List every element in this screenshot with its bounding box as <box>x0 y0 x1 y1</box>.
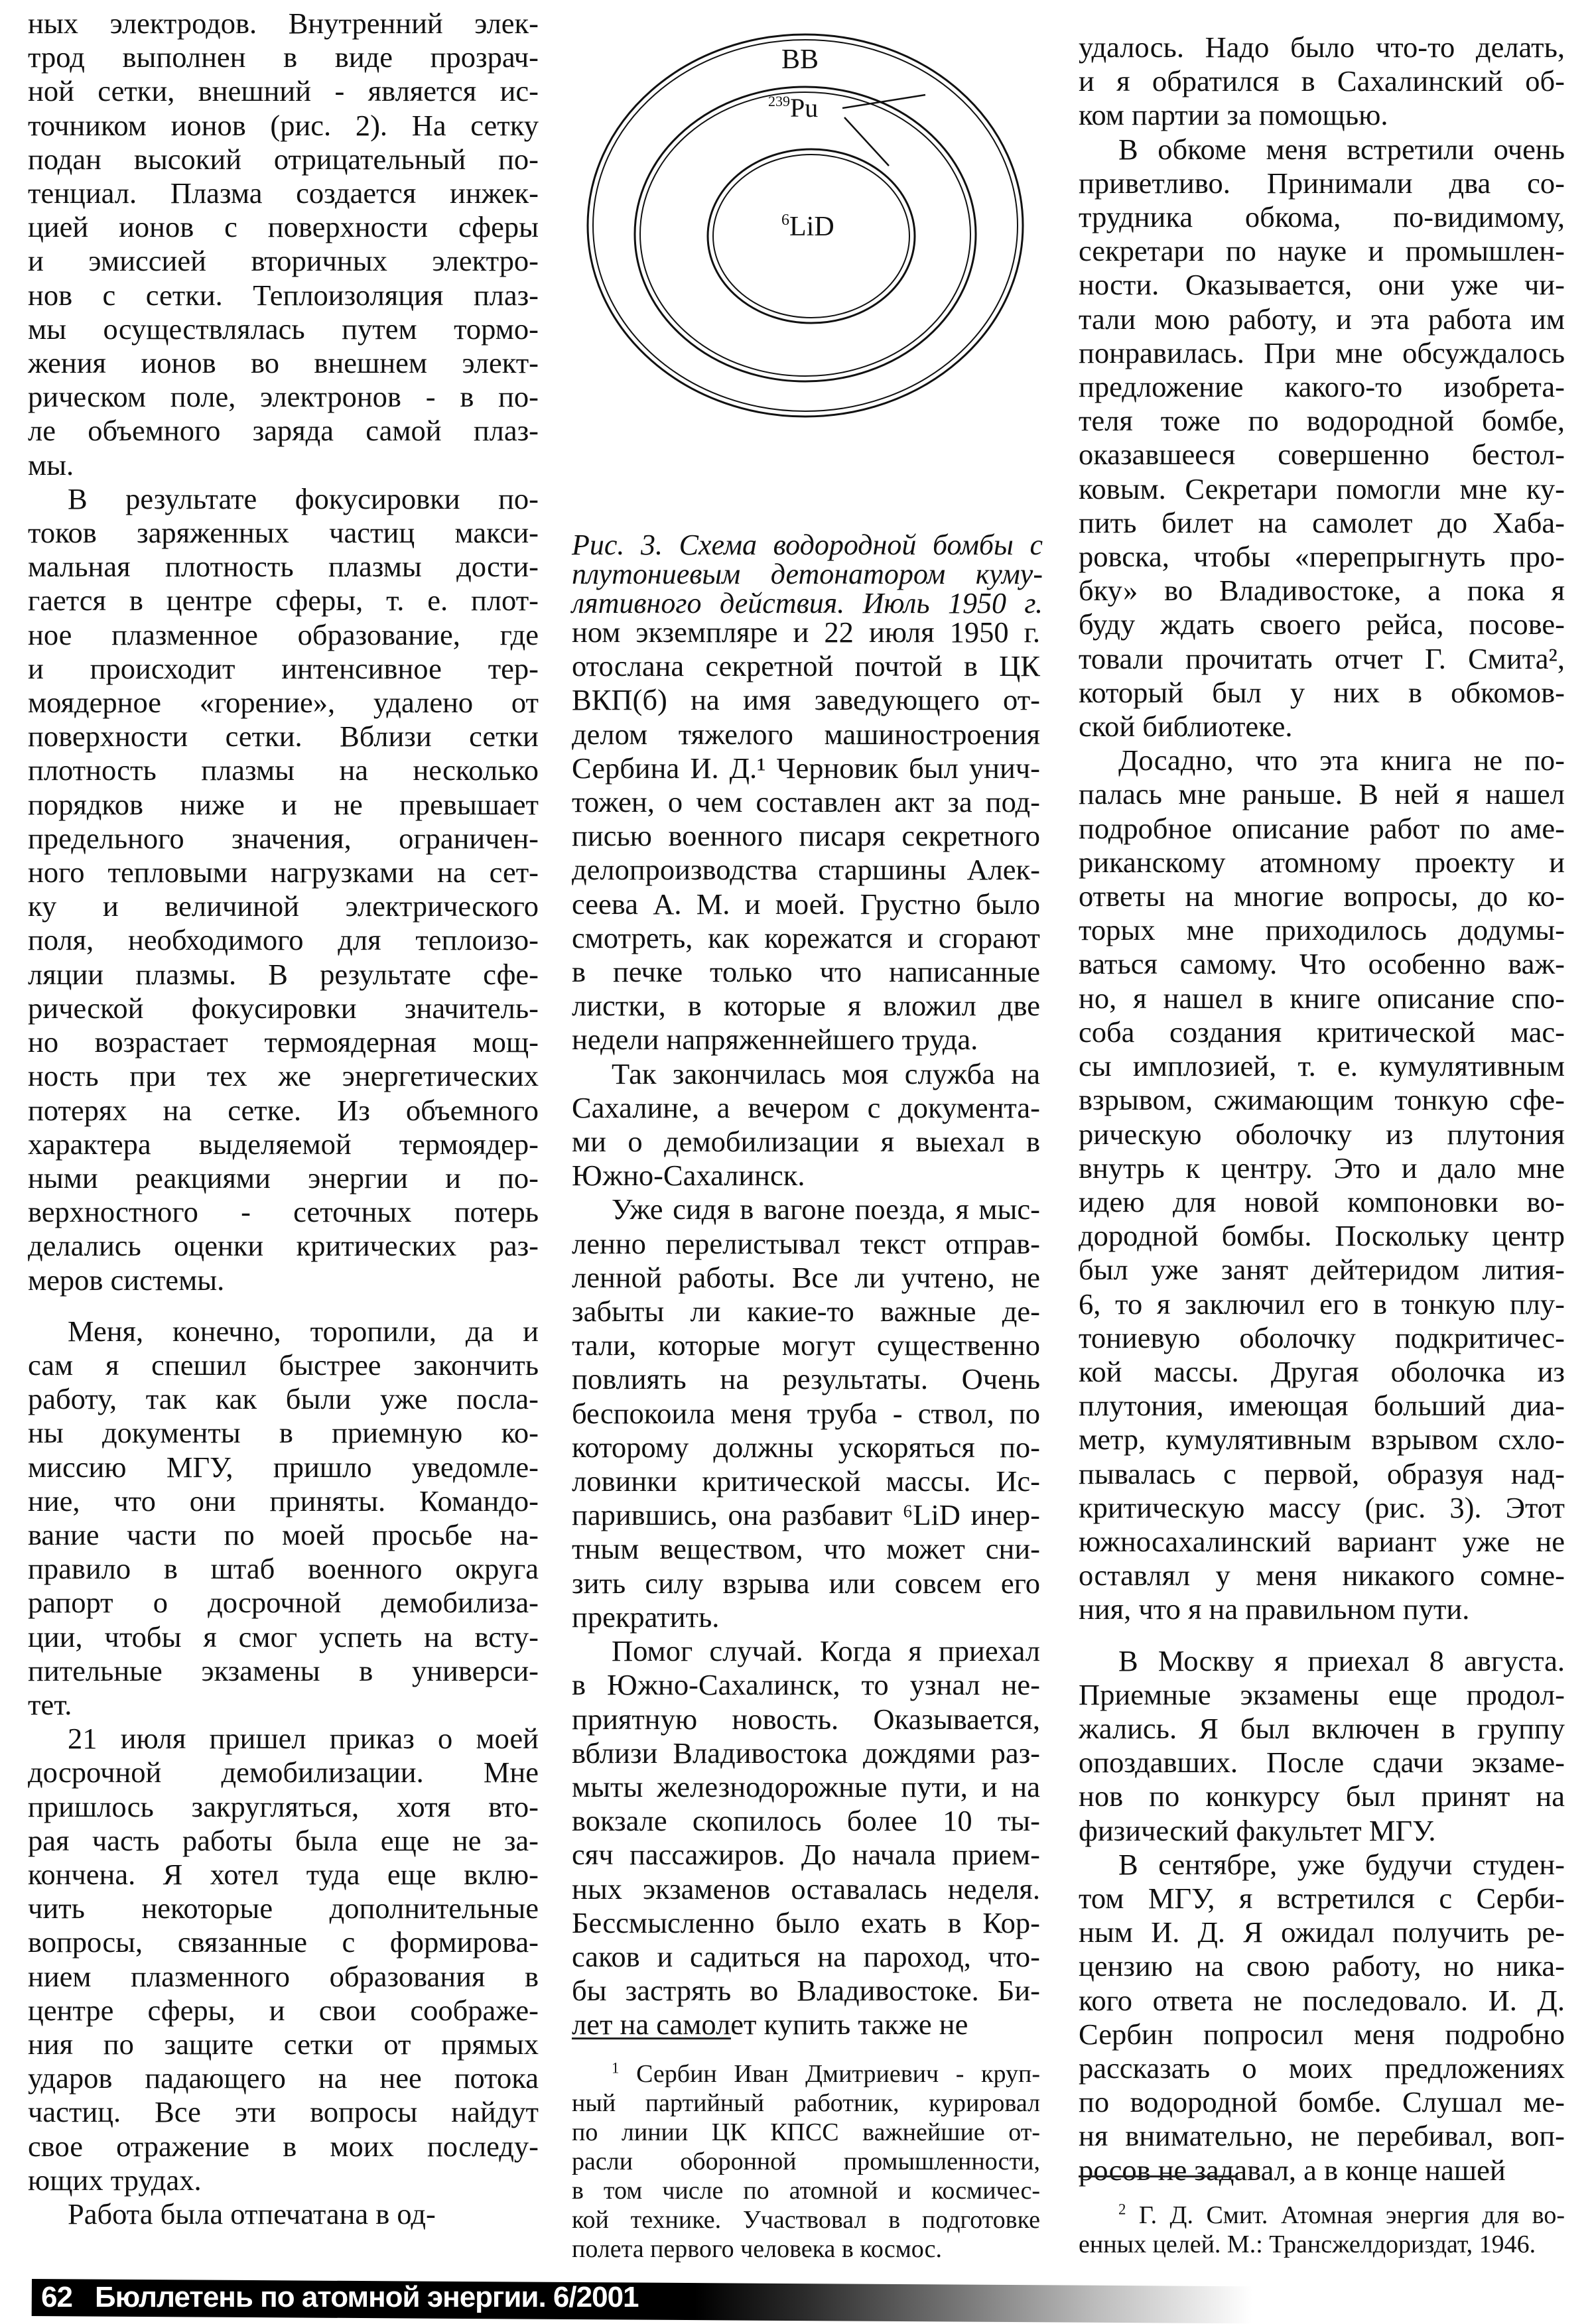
text-line: ции, чтобы я смог успеть на всту- <box>28 1620 539 1654</box>
text-line: приветливо. Принимали два со- <box>1079 166 1565 200</box>
caption-line: плутониевым детонатором куму- <box>572 560 1043 589</box>
text-line: риканскому атомному проекту и <box>1079 846 1565 879</box>
text-line: парившись, она разбавит ⁶LiD инер- <box>572 1498 1040 1532</box>
text-line: Сербин попросил меня подробно <box>1079 2018 1565 2051</box>
text-line: Бессмысленно было ехать в Кор- <box>572 1906 1040 1940</box>
text-line: метр, кумулятивным взрывом схло- <box>1079 1423 1565 1456</box>
text-line: ми о демобилизации я выехал в <box>572 1125 1040 1159</box>
text-line: сеева А. М. и моей. Грустно было <box>572 887 1040 921</box>
text-line: ных экзаменов оставалась неделя. <box>572 1872 1040 1906</box>
text-line: забыты ли какие-то важные де- <box>572 1295 1040 1328</box>
text-line: правило в штаб военного округа <box>28 1552 539 1586</box>
text-line: Сербина И. Д.¹ Черновик был унич- <box>572 751 1040 785</box>
text-line: и я обратился в Сахалинский об- <box>1079 64 1565 98</box>
figure-caption: Рис. 3. Схема водородной бомбы с плутони… <box>572 531 1043 618</box>
footnote-line: 1 Сербин Иван Дмитриевич - круп- <box>572 2059 1040 2089</box>
text-line: ной сетки, внешний - является ис- <box>28 74 539 108</box>
paragraph: ных электродов. Внутренний элек-трод вып… <box>28 7 539 482</box>
paragraph: В обкоме меня встретили оченьприветливо.… <box>1079 133 1565 744</box>
text-line: пывалась с первой, образуя над- <box>1079 1457 1565 1491</box>
text-line: ющих трудах. <box>28 2163 539 2197</box>
text-line: В Москву я приехал 8 августа. <box>1079 1644 1565 1678</box>
text-line: физический факультет МГУ. <box>1079 1814 1565 1848</box>
text-line: 21 июля пришел приказ о моей <box>28 1722 539 1756</box>
text-line: центре сферы, и свои соображе- <box>28 1994 539 2028</box>
text-line: потерях на сетке. Из объемного <box>28 1094 539 1128</box>
text-line: Приемные экзамены еще продол- <box>1079 1678 1565 1712</box>
text-line: который был у них в обкомов- <box>1079 676 1565 710</box>
text-line: соба создания критической мас- <box>1079 1015 1565 1049</box>
paragraph: удалось. Надо было что-то делать,и я обр… <box>1079 31 1565 133</box>
text-line: рическом поле, электронов - в по- <box>28 380 539 414</box>
text-line: зить силу взрыва или совсем его <box>572 1567 1040 1600</box>
paragraph: ном экземпляре и 22 июля 1950 г.отослана… <box>572 615 1040 1057</box>
footnote-1: 1 Сербин Иван Дмитриевич - круп-ный парт… <box>572 2059 1040 2264</box>
text-line: токов заряженных частиц макси- <box>28 516 539 550</box>
text-line: буду ждать своего рейса, посове- <box>1079 608 1565 641</box>
text-line: поля, необходимого для теплоизо- <box>28 923 539 957</box>
caption-line: Рис. 3. Схема водородной бомбы с <box>572 531 1043 560</box>
text-line: и эмиссией вторичных электро- <box>28 244 539 278</box>
text-line: критическую массу (рис. 3). Этот <box>1079 1491 1565 1525</box>
footnote-line: 2 Г. Д. Смит. Атомная энергия для во- <box>1079 2201 1565 2230</box>
text-column-middle: ном экземпляре и 22 июля 1950 г.отослана… <box>572 615 1040 2042</box>
text-line: В обкоме меня встретили очень <box>1079 133 1565 166</box>
text-line: идею для новой компоновки во- <box>1079 1185 1565 1219</box>
text-line: цией ионов с поверхности сферы <box>28 210 539 244</box>
text-line: делопроизводства старшины Алек- <box>572 853 1040 887</box>
text-line: трод выполнен в виде прозрач- <box>28 40 539 74</box>
text-line: ня внимательно, не перебивал, воп- <box>1079 2119 1565 2153</box>
text-line: беспокоила меня труба - ствол, по <box>572 1397 1040 1431</box>
text-line: рая часть работы была еще не за- <box>28 1824 539 1858</box>
paragraph: Уже сидя в вагоне поезда, я мыс-ленно пе… <box>572 1193 1040 1634</box>
text-line: ны документы в приемную ко- <box>28 1416 539 1450</box>
text-line: подробное описание работ по аме- <box>1079 812 1565 846</box>
text-line: ваться самому. Что особенно важ- <box>1079 947 1565 981</box>
label-pu239: 239Pu <box>768 93 818 123</box>
text-line: рассказать о моих предложениях <box>1079 2051 1565 2085</box>
paragraph: В Москву я приехал 8 августа.Приемные эк… <box>1079 1644 1565 1848</box>
footnote-text: Г. Д. Смит. Атомная энергия для во- <box>1139 2201 1565 2229</box>
text-line: Сахалине, а вечером с документа- <box>572 1091 1040 1125</box>
text-line: пительные экзамены в универси- <box>28 1654 539 1688</box>
text-line: трудника обкома, по-видимому, <box>1079 200 1565 234</box>
text-line: внутрь к центру. Это и дало мне <box>1079 1151 1565 1185</box>
text-line: ных электродов. Внутренний элек- <box>28 7 539 40</box>
text-line: пить билет на самолет до Хаба- <box>1079 506 1565 540</box>
caption-line: лятивного действия. Июль 1950 г. <box>572 589 1043 618</box>
text-line: рической фокусировки значитель- <box>28 992 539 1025</box>
footnote-line: по линии ЦК КПСС важнейшие от- <box>572 2118 1040 2147</box>
text-line: был уже занят дейтеридом лития- <box>1079 1253 1565 1287</box>
text-line: которому должны ускоряться по- <box>572 1431 1040 1464</box>
paragraph: Помог случай. Когда я приехалв Южно-Саха… <box>572 1634 1040 2041</box>
footnote-divider <box>1079 2175 1238 2177</box>
paragraph: Досадно, что эта книга не по-палась мне … <box>1079 743 1565 1626</box>
text-line: ном экземпляре и 22 июля 1950 г. <box>572 615 1040 649</box>
paragraph: Работа была отпечатана в од- <box>28 2197 539 2231</box>
text-line: ное плазменное образование, где <box>28 618 539 652</box>
text-line: подан высокий отрицательный по- <box>28 143 539 176</box>
text-line: тониевую оболочку подкритичес- <box>1079 1321 1565 1355</box>
text-line: торых мне приходилось додумы- <box>1079 913 1565 947</box>
footnote-text: Сербин Иван Дмитриевич - круп- <box>636 2060 1040 2088</box>
paragraph: Так закончилась моя служба наСахалине, а… <box>572 1057 1040 1193</box>
text-line: ного тепловыми нагрузками на сет- <box>28 856 539 889</box>
text-line: вблизи Владивостока дождями раз- <box>572 1736 1040 1770</box>
page-number: 62 <box>41 2281 72 2313</box>
text-line: ской библиотеке. <box>1079 710 1565 743</box>
text-line: палась мне раньше. В ней я нашел <box>1079 777 1565 811</box>
paragraph: В сентябре, уже будучи студен-том МГУ, я… <box>1079 1848 1565 2187</box>
paragraph: Меня, конечно, торопили, да исам я спеши… <box>28 1315 539 1722</box>
text-line: удалось. Надо было что-то делать, <box>1079 31 1565 64</box>
text-line: ности. Оказывается, они уже чи- <box>1079 268 1565 302</box>
text-line: листки, в которые я вложил две <box>572 989 1040 1023</box>
paragraph: В результате фокусировки по-токов заряже… <box>28 482 539 1297</box>
text-line: предложение какого-то изобрета- <box>1079 370 1565 404</box>
text-line: ле объемного заряда самой плаз- <box>28 414 539 448</box>
text-line: ловинки критической массы. Ис- <box>572 1464 1040 1498</box>
text-line: тожен, о чем составлен акт за под- <box>572 785 1040 819</box>
text-line: оказавшееся совершенно бестол- <box>1079 438 1565 472</box>
footnote-line: кой технике. Участвовал в подготовке <box>572 2205 1040 2234</box>
text-line: взрывом, сжимающим тонкую сфе- <box>1079 1083 1565 1117</box>
text-line: Уже сидя в вагоне поезда, я мыс- <box>572 1193 1040 1226</box>
text-line: лет на самолет купить также не <box>572 2008 1040 2041</box>
text-line: плутония, имеющая больший диа- <box>1079 1389 1565 1423</box>
text-line: сы имплозией, т. е. кумулятивным <box>1079 1049 1565 1083</box>
text-line: росов не задавал, а в конце нашей <box>1079 2154 1565 2187</box>
text-line: тали, которые могут существенно <box>572 1328 1040 1362</box>
text-line: нием плазменного образования в <box>28 1960 539 1994</box>
text-line: В результате фокусировки по- <box>28 482 539 516</box>
text-column-left: ных электродов. Внутренний элек-трод вып… <box>28 7 539 2231</box>
text-line: порядков ниже и не превышает <box>28 788 539 822</box>
footnote-line: расли оборонной промышленности, <box>572 2147 1040 2176</box>
text-line: чить некоторые дополнительные <box>28 1892 539 1925</box>
text-line: писью военного писаря секретного <box>572 819 1040 853</box>
journal-title: Бюллетень по атомной энергии. 6/2001 <box>95 2281 639 2313</box>
text-line: меров системы. <box>28 1263 539 1297</box>
paragraph: 21 июля пришел приказ о моейдосрочной де… <box>28 1722 539 2197</box>
text-line: кончена. Я хотел туда еще вклю- <box>28 1858 539 1892</box>
text-line: сяч пассажиров. До начала прием- <box>572 1838 1040 1872</box>
text-line: бы застрять во Владивостоке. Би- <box>572 1974 1040 2008</box>
text-line: тенциал. Плазма создается инжек- <box>28 176 539 210</box>
text-line: недели напряженнейшего труда. <box>572 1023 1040 1057</box>
text-line: и происходит интенсивное тер- <box>28 652 539 686</box>
text-line: понравилась. При мне обсуждалось <box>1079 336 1565 370</box>
text-line: ния по защите сетки от прямых <box>28 2028 539 2061</box>
text-line: Досадно, что эта книга не по- <box>1079 743 1565 777</box>
figure-3-bomb-schematic: ВВ 239Pu 6LiD <box>570 7 1048 524</box>
text-line: ленно перелистывал текст отправ- <box>572 1227 1040 1261</box>
running-footer: 62Бюллетень по атомной энергии. 6/2001 <box>41 2279 639 2316</box>
text-line: ние, что они приняты. Командо- <box>28 1484 539 1518</box>
text-line: Так закончилась моя служба на <box>572 1057 1040 1091</box>
text-line: вание части по моей просьбе на- <box>28 1518 539 1552</box>
text-line: Помог случай. Когда я приехал <box>572 1634 1040 1668</box>
footnote-line: в том числе по атомной и космичес- <box>572 2176 1040 2205</box>
text-line: поверхности сетки. Вблизи сетки <box>28 720 539 753</box>
text-line: характера выделяемой термоядер- <box>28 1128 539 1161</box>
text-line: Меня, конечно, торопили, да и <box>28 1315 539 1348</box>
text-line: нов с сетки. Теплоизоляция плаз- <box>28 279 539 312</box>
text-line: В сентябре, уже будучи студен- <box>1079 1848 1565 1882</box>
text-line: Работа была отпечатана в од- <box>28 2197 539 2231</box>
label-bb: ВВ <box>781 44 819 75</box>
text-line: мыты железнодорожные пути, и на <box>572 1770 1040 1804</box>
text-line: в печке только что написанные <box>572 955 1040 989</box>
footnote-line: полета первого человека в космос. <box>572 2234 1040 2264</box>
text-line: предельного значения, ограничен- <box>28 822 539 856</box>
footnote-marker: 1 <box>612 2059 619 2076</box>
text-line: нов по конкурсу был принят на <box>1079 1779 1565 1813</box>
text-line: по водородной бомбе. Слушал ме- <box>1079 2085 1565 2119</box>
text-line: теля тоже по водородной бомбе, <box>1079 404 1565 438</box>
text-line: прекратить. <box>572 1600 1040 1634</box>
text-line: жения ионов во внешнем элект- <box>28 346 539 380</box>
text-line: рапорт о досрочной демобилиза- <box>28 1586 539 1620</box>
text-line: мальная плотность плазмы дости- <box>28 550 539 584</box>
text-line: тет. <box>28 1688 539 1722</box>
text-line: том МГУ, я встретился с Серби- <box>1079 1882 1565 1915</box>
text-line: верхностного - сеточных потерь <box>28 1195 539 1229</box>
text-line: южносахалинский вариант уже не <box>1079 1525 1565 1559</box>
text-line: вопросы, связанные с формирова- <box>28 1925 539 1959</box>
text-line: ковым. Секретари помогли мне ку- <box>1079 472 1565 506</box>
label-lid6: 6LiD <box>781 212 834 242</box>
text-line: но возрастает термоядерная мощ- <box>28 1025 539 1059</box>
text-line: опоздавших. После сдачи экзаме- <box>1079 1746 1565 1779</box>
text-line: саков и садиться на пароход, что- <box>572 1940 1040 1974</box>
text-line: кого ответа не последовало. И. Д. <box>1079 1984 1565 2018</box>
concentric-shells-diagram: ВВ 239Pu 6LiD <box>570 7 1048 524</box>
text-line: частиц. Все эти вопросы найдут <box>28 2095 539 2129</box>
text-line: ными реакциями энергии и по- <box>28 1161 539 1195</box>
text-line: досрочной демобилизации. Мне <box>28 1756 539 1789</box>
text-column-right: удалось. Надо было что-то делать,и я обр… <box>1079 31 1565 2187</box>
text-line: моядерное «горение», удалено от <box>28 686 539 720</box>
text-line: секретари по науке и промышлен- <box>1079 234 1565 268</box>
text-line: мы осуществлялась путем тормо- <box>28 312 539 346</box>
text-line: дородной бомбы. Поскольку центр <box>1079 1219 1565 1253</box>
text-line: оставлял у меня никакого сомне- <box>1079 1559 1565 1592</box>
text-line: бку» во Владивостоке, а пока я <box>1079 574 1565 608</box>
text-line: вокзале скопилось более 10 ты- <box>572 1804 1040 1838</box>
text-line: Южно-Сахалинск. <box>572 1159 1040 1193</box>
text-line: делом тяжелого машиностроения <box>572 718 1040 751</box>
text-line: ровска, чтобы «перепрыгнуть про- <box>1079 540 1565 574</box>
text-line: сам я спешил быстрее закончить <box>28 1348 539 1382</box>
text-line: ку и величиной электрического <box>28 889 539 923</box>
text-line: ленной работы. Все ли учтено, не <box>572 1261 1040 1295</box>
text-line: ляции плазмы. В результате сфе- <box>28 958 539 992</box>
text-line: но, я нашел в книге описание спо- <box>1079 982 1565 1015</box>
text-line: свое отражение в моих последу- <box>28 2130 539 2163</box>
text-line: рическую оболочку из плутония <box>1079 1118 1565 1151</box>
text-line: работу, так как были уже посла- <box>28 1382 539 1416</box>
text-line: гается в центре сферы, т. е. плот- <box>28 584 539 617</box>
footnote-line: ный партийный работник, курировал <box>572 2089 1040 2118</box>
text-line: повлиять на результаты. Очень <box>572 1362 1040 1396</box>
text-line: тным веществом, что может сни- <box>572 1532 1040 1566</box>
text-line: мы. <box>28 448 539 482</box>
text-line: товали прочитать отчет Г. Смита², <box>1079 642 1565 676</box>
text-line: в Южно-Сахалинск, то узнал не- <box>572 1668 1040 1702</box>
footnote-divider <box>572 2037 731 2039</box>
text-line: жались. Я был включен в группу <box>1079 1712 1565 1746</box>
text-line: ком партии за помощью. <box>1079 98 1565 132</box>
text-line: ным И. Д. Я ожидал получить ре- <box>1079 1915 1565 1949</box>
text-line: точником ионов (рис. 2). На сетку <box>28 109 539 143</box>
text-line: пришлось закругляться, хотя вто- <box>28 1790 539 1824</box>
text-line: ния, что я на правильном пути. <box>1079 1592 1565 1626</box>
footnote-marker: 2 <box>1118 2201 1126 2217</box>
text-line: плотность плазмы на несколько <box>28 753 539 787</box>
text-line: ударов падающего на нее потока <box>28 2061 539 2095</box>
text-line: отослана секретной почтой в ЦК <box>572 649 1040 683</box>
text-line: делались оценки критических раз- <box>28 1229 539 1263</box>
text-line: ность при тех же энергетических <box>28 1059 539 1093</box>
text-line: миссию МГУ, пришло уведомле- <box>28 1451 539 1484</box>
text-line: ВКП(б) на имя заведующего от- <box>572 683 1040 717</box>
text-line: приятную новость. Оказывается, <box>572 1703 1040 1736</box>
text-line: смотреть, как корежатся и сгорают <box>572 921 1040 955</box>
footnote-line: енных целей. М.: Трансжелдориздат, 1946. <box>1079 2230 1565 2259</box>
footnote-2: 2 Г. Д. Смит. Атомная энергия для во-енн… <box>1079 2201 1565 2259</box>
text-line: кой массы. Другая оболочка из <box>1079 1355 1565 1389</box>
text-line: 6, то я заключил его в тонкую плу- <box>1079 1287 1565 1321</box>
text-line: тали мою работу, и эта работа им <box>1079 302 1565 336</box>
text-line: ответы на многие вопросы, до ко- <box>1079 879 1565 913</box>
text-line: цензию на свою работу, но ника- <box>1079 1949 1565 1983</box>
